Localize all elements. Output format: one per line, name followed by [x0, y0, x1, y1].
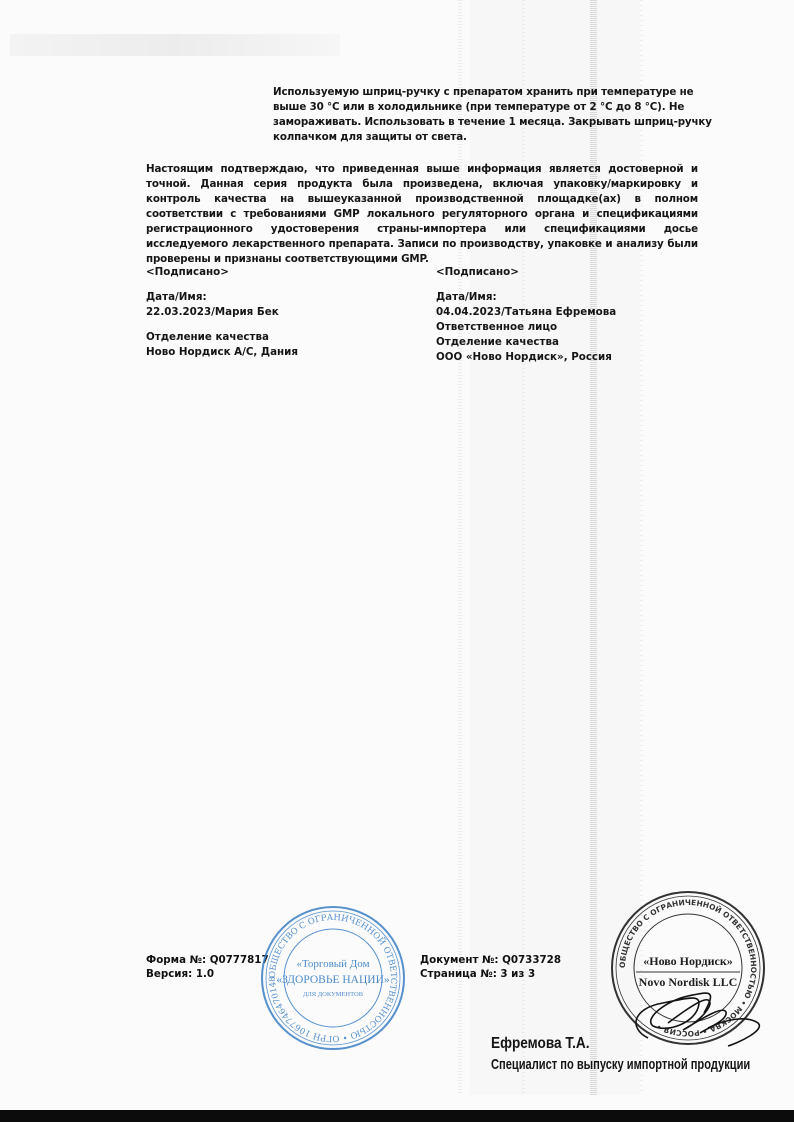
footer-document-info: Документ №: Q0733728 Страница №: 3 из 3: [420, 953, 561, 981]
signed-status: <Подписано>: [146, 265, 406, 280]
stamp-line-1: «Торговый Дом: [296, 958, 369, 970]
stamp-line-2: «ЗДОРОВЬЕ НАЦИИ»: [276, 974, 389, 986]
form-number: Форма №: Q0777817: [146, 953, 269, 967]
scan-artifact: [10, 34, 340, 56]
signer-title: Специалист по выпуску импортной продукци…: [491, 1056, 750, 1073]
date-name-value: 22.03.2023/Мария Бек: [146, 305, 406, 320]
black-company-stamp: ОБЩЕСТВО С ОГРАНИЧЕННОЙ ОТВЕТСТВЕННОСТЬЮ…: [608, 888, 768, 1048]
document-number: Документ №: Q0733728: [420, 953, 561, 967]
blue-company-stamp: ОБЩЕСТВО С ОГРАНИЧЕННОЙ ОТВЕТСТВЕННОСТЬЮ…: [258, 903, 408, 1053]
footer-form-info: Форма №: Q0777817 Версия: 1.0: [146, 953, 269, 981]
department: Отделение качества: [436, 335, 696, 350]
stamp-line-1: «Ново Нордиск»: [643, 954, 733, 968]
date-name-label: Дата/Имя:: [146, 290, 406, 305]
storage-instructions: Используемую шприц-ручку с препаратом хр…: [273, 85, 713, 145]
company: Ново Нордиск А/С, Дания: [146, 345, 406, 360]
role: Ответственное лицо: [436, 320, 696, 335]
svg-text:ОБЩЕСТВО С ОГРАНИЧЕННОЙ ОТВЕТС: ОБЩЕСТВО С ОГРАНИЧЕННОЙ ОТВЕТСТВЕННОСТЬЮ…: [618, 898, 758, 1038]
page-number: Страница №: 3 из 3: [420, 967, 561, 981]
confirmation-statement: Настоящим подтверждаю, что приведенная в…: [146, 162, 698, 267]
date-name-value: 04.04.2023/Татьяна Ефремова: [436, 305, 696, 320]
department: Отделение качества: [146, 330, 406, 345]
company: ООО «Ново Нордиск», Россия: [436, 350, 696, 365]
signature-block-left: <Подписано> Дата/Имя: 22.03.2023/Мария Б…: [146, 265, 406, 360]
signature-block-right: <Подписано> Дата/Имя: 04.04.2023/Татьяна…: [436, 265, 696, 365]
stamp-ring-text: ОБЩЕСТВО С ОГРАНИЧЕННОЙ ОТВЕТСТВЕННОСТЬЮ…: [618, 898, 758, 1038]
signed-status: <Подписано>: [436, 265, 696, 280]
stamp-line-3: ДЛЯ ДОКУМЕНТОВ: [303, 991, 364, 998]
signer-name: Ефремова Т.А.: [491, 1035, 590, 1053]
stamp-line-2: Novo Nordisk LLC: [639, 975, 738, 989]
date-name-label: Дата/Имя:: [436, 290, 696, 305]
scan-edge: [0, 1110, 794, 1122]
version: Версия: 1.0: [146, 967, 269, 981]
